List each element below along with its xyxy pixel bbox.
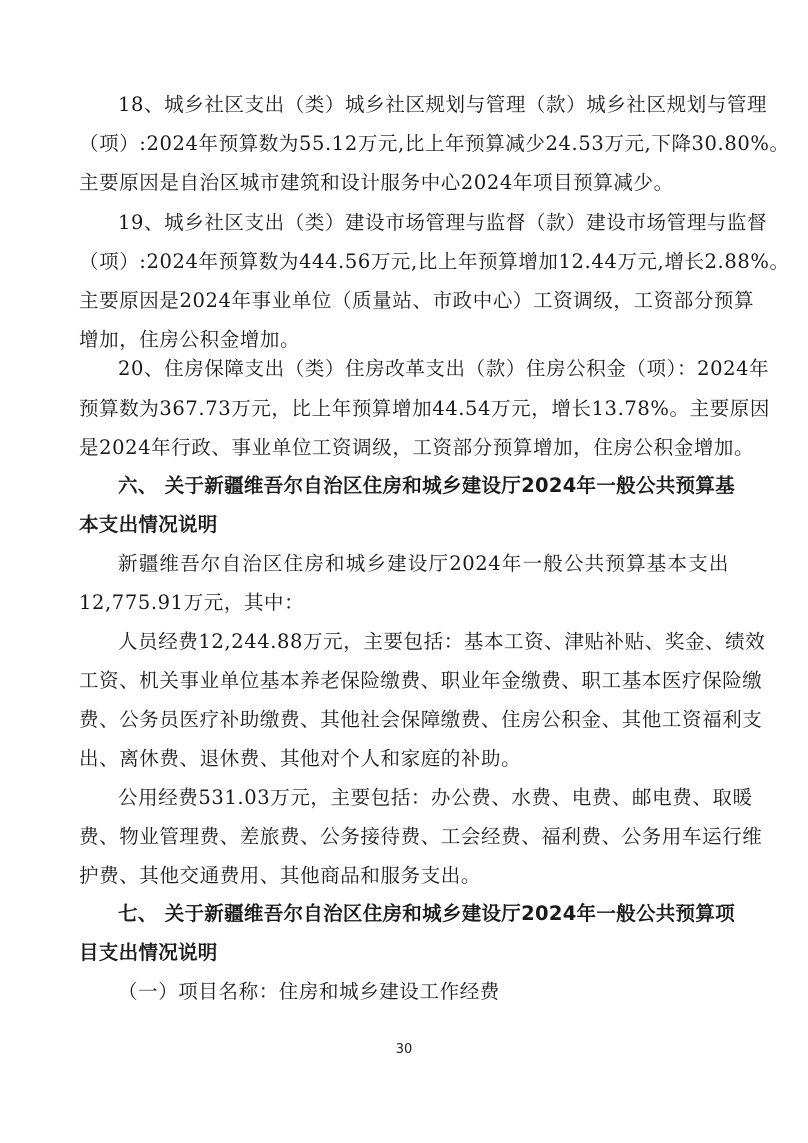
basic-expenditure-line-2: 12,775.91万元，其中：: [79, 589, 729, 617]
basic-expenditure-line-1: 新疆维吾尔自治区住房和城乡建设厅2024年一般公共预算基本支出: [118, 550, 729, 578]
item-18-line-1: 18、城乡社区支出（类）城乡社区规划与管理（款）城乡社区规划与管理: [118, 91, 729, 119]
section-7-heading-line-1: 七、 关于新疆维吾尔自治区住房和城乡建设厅2024年一般公共预算项: [118, 900, 729, 928]
public-expenses-line-1: 公用经费531.03万元，主要包括：办公费、水费、电费、邮电费、取暖: [118, 784, 729, 812]
public-expenses-line-3: 护费、其他交通费用、其他商品和服务支出。: [79, 862, 729, 890]
personnel-expenses-line-1: 人员经费12,244.88万元，主要包括：基本工资、津贴补贴、奖金、绩效: [118, 628, 729, 656]
personnel-expenses-line-2: 工资、机关事业单位基本养老保险缴费、职业年金缴费、职工基本医疗保险缴: [79, 667, 729, 695]
item-19-line-1: 19、城乡社区支出（类）建设市场管理与监督（款）建设市场管理与监督: [118, 209, 729, 237]
personnel-expenses-line-4: 出、离休费、退休费、其他对个人和家庭的补助。: [79, 745, 729, 773]
document-page: 18、城乡社区支出（类）城乡社区规划与管理（款）城乡社区规划与管理 （项）:20…: [0, 0, 808, 1143]
public-expenses-line-2: 费、物业管理费、差旅费、公务接待费、工会经费、福利费、公务用车运行维: [79, 823, 729, 851]
item-18-line-3: 主要原因是自治区城市建筑和设计服务中心2024年项目预算减少。: [79, 169, 729, 197]
item-19-line-2: （项）:2024年预算数为444.56万元,比上年预算增加12.44万元,增长2…: [79, 248, 729, 276]
page-number: 30: [0, 1042, 808, 1057]
section-6-heading-line-1: 六、 关于新疆维吾尔自治区住房和城乡建设厅2024年一般公共预算基: [118, 472, 729, 500]
item-18-line-2: （项）:2024年预算数为55.12万元,比上年预算减少24.53万元,下降30…: [79, 130, 729, 158]
item-20-line-3: 是2024年行政、事业单位工资调级，工资部分预算增加，住房公积金增加。: [79, 434, 729, 462]
item-19-line-3: 主要原因是2024年事业单位（质量站、市政中心）工资调级，工资部分预算: [79, 287, 729, 315]
item-20-line-2: 预算数为367.73万元，比上年预算增加44.54万元，增长13.78%。主要原…: [79, 395, 729, 423]
section-6-heading-line-2: 本支出情况说明: [79, 511, 729, 539]
item-20-line-1: 20、住房保障支出（类）住房改革支出（款）住房公积金（项）：2024年: [118, 355, 729, 383]
section-7-heading-line-2: 目支出情况说明: [79, 939, 729, 967]
personnel-expenses-line-3: 费、公务员医疗补助缴费、其他社会保障缴费、住房公积金、其他工资福利支: [79, 706, 729, 734]
project-1-title: （一）项目名称：住房和城乡建设工作经费: [118, 978, 729, 1006]
item-19-line-4: 增加，住房公积金增加。: [79, 326, 729, 354]
